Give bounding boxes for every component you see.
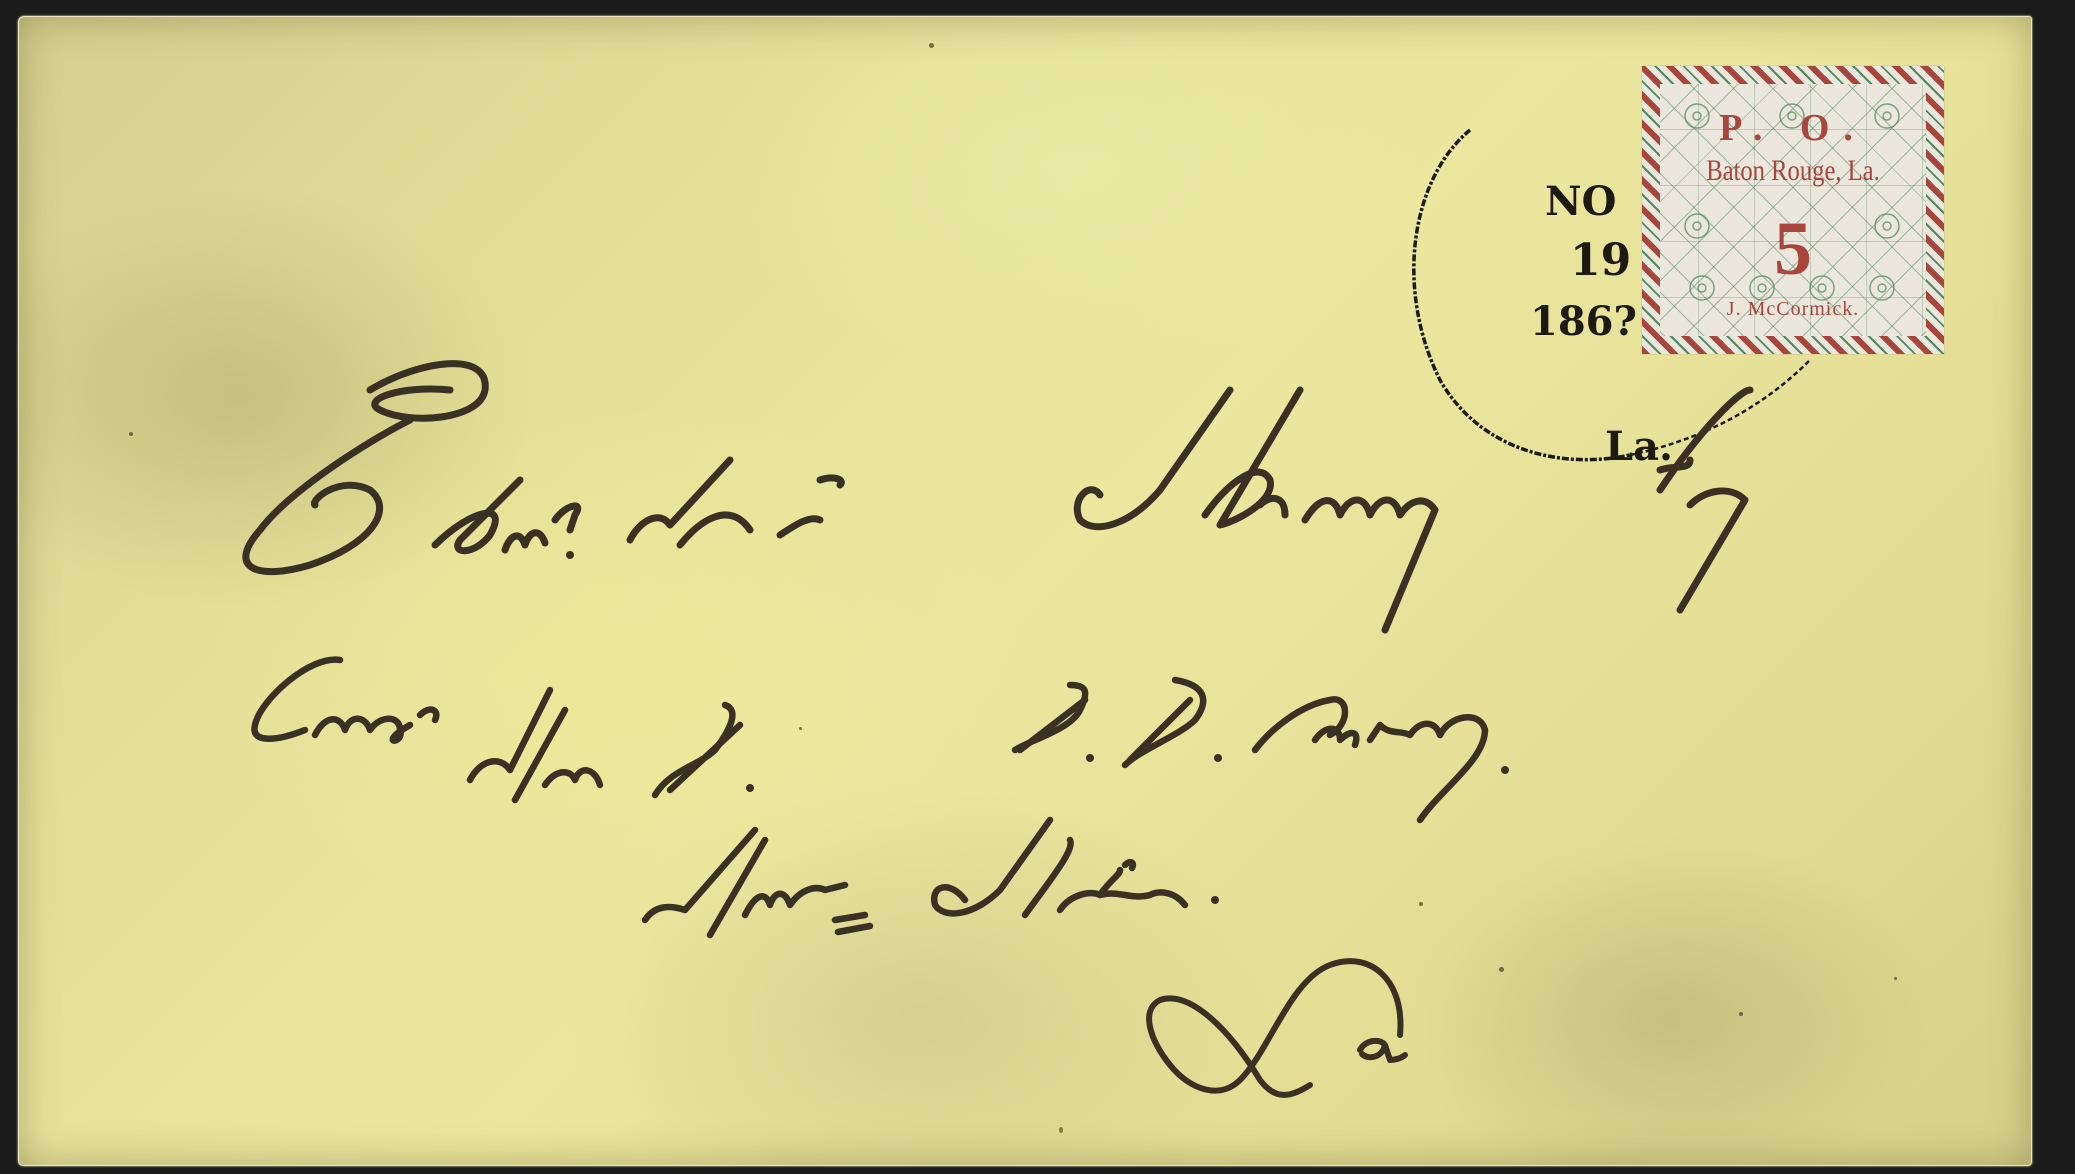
paper-speck [129,432,133,436]
stamp-printer: J. McCormick. [1642,298,1944,321]
address-line-2-text: Care Hon D. D. Avery. [250,640,361,651]
address-line-4-text: La [1110,950,1123,961]
stamp-header: P. O. [1642,106,1944,150]
paper-speck [1499,967,1504,972]
address-line-2: Care Hon D. D. Avery. [250,640,1730,840]
address-line-3-text: New= Iberia. [630,820,698,831]
paper-speck [1059,1127,1063,1133]
address-line-1-text: Edmᵈ. Mᶜ. Ilhenny Esq [220,330,334,341]
postmark-town: BATO [1400,104,1409,291]
address-line-1: Edmᵈ. Mᶜ. Ilhenny Esq [220,330,1940,590]
postmark-day: 19 [1570,235,1631,286]
paper-speck [929,43,934,48]
stamp-city: Baton Rouge, La. [1669,154,1917,188]
postage-stamp: P. O. Baton Rouge, La. 5 J. McCormick. [1642,66,1944,354]
address-line-4: La [1110,950,1410,1100]
address-line-3: New= Iberia. [630,820,1530,950]
paper-speck [1894,977,1897,980]
stamp-denomination: 5 [1642,206,1944,293]
paper-speck [1739,1012,1743,1016]
postmark-month: NO [1545,178,1616,225]
